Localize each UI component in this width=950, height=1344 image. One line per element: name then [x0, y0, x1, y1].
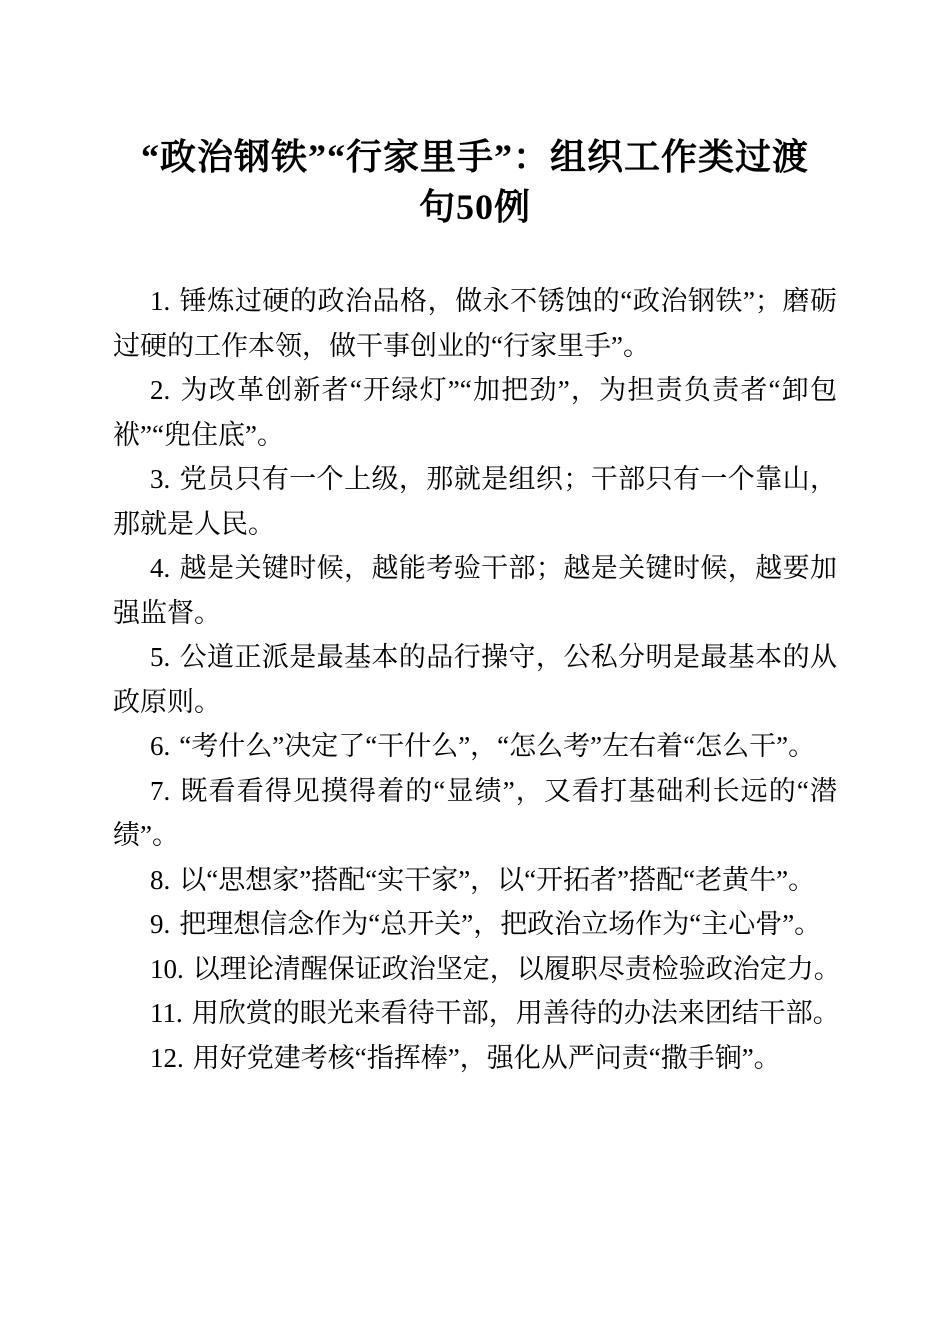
- list-item: 5.公道正派是最基本的品行操守，公私分明是最基本的从政原则。: [113, 635, 837, 724]
- list-item: 10.以理论清醒保证政治坚定，以履职尽责检验政治定力。: [113, 947, 837, 992]
- item-text: 把理想信念作为“总开关”，把政治立场作为“主心骨”。: [179, 909, 821, 939]
- document-page: “政治钢铁”“行家里手”：组织工作类过渡 句50例 1.锤炼过硬的政治品格，做永…: [0, 0, 950, 1344]
- list-item: 12.用好党建考核“指挥棒”，强化从严问责“撒手锏”。: [113, 1036, 837, 1081]
- list-item: 2.为改革创新者“开绿灯”“加把劲”，为担责负责者“卸包袱”“兜住底”。: [113, 368, 837, 457]
- item-number: 5.: [150, 642, 170, 672]
- item-number: 10.: [150, 954, 184, 984]
- item-text: 既看看得见摸得着的“显绩”，又看打基础利长远的“潜绩”。: [113, 776, 837, 851]
- item-number: 7.: [150, 776, 170, 806]
- list-item: 11.用欣赏的眼光来看待干部，用善待的办法来团结干部。: [113, 991, 837, 1036]
- document-body: 1.锤炼过硬的政治品格，做永不锈蚀的“政治钢铁”；磨砺过硬的工作本领，做干事创业…: [113, 279, 837, 1080]
- list-item: 9.把理想信念作为“总开关”，把政治立场作为“主心骨”。: [113, 902, 837, 947]
- page-title: “政治钢铁”“行家里手”：组织工作类过渡 句50例: [0, 0, 950, 232]
- item-number: 6.: [150, 731, 170, 761]
- item-text: “考什么”决定了“干什么”，“怎么考”左右着“怎么干”。: [179, 731, 815, 761]
- list-item: 8.以“思想家”搭配“实干家”，以“开拓者”搭配“老黄牛”。: [113, 858, 837, 903]
- list-item: 3.党员只有一个上级，那就是组织；干部只有一个靠山，那就是人民。: [113, 457, 837, 546]
- item-text: 以“思想家”搭配“实干家”，以“开拓者”搭配“老黄牛”。: [179, 865, 815, 895]
- item-text: 越是关键时候，越能考验干部；越是关键时候，越要加强监督。: [113, 553, 837, 628]
- item-number: 12.: [150, 1043, 184, 1073]
- item-text: 锤炼过硬的政治品格，做永不锈蚀的“政治钢铁”；磨砺过硬的工作本领，做干事创业的“…: [113, 286, 837, 361]
- item-number: 4.: [150, 553, 170, 583]
- item-text: 公道正派是最基本的品行操守，公私分明是最基本的从政原则。: [113, 642, 837, 717]
- item-number: 3.: [150, 464, 170, 494]
- item-number: 11.: [150, 998, 183, 1028]
- item-text: 党员只有一个上级，那就是组织；干部只有一个靠山，那就是人民。: [113, 464, 837, 539]
- page-title-line-2: 句50例: [0, 182, 950, 232]
- item-text: 用欣赏的眼光来看待干部，用善待的办法来团结干部。: [192, 998, 840, 1028]
- list-item: 6.“考什么”决定了“干什么”，“怎么考”左右着“怎么干”。: [113, 724, 837, 769]
- list-item: 1.锤炼过硬的政治品格，做永不锈蚀的“政治钢铁”；磨砺过硬的工作本领，做干事创业…: [113, 279, 837, 368]
- item-text: 为改革创新者“开绿灯”“加把劲”，为担责负责者“卸包袱”“兜住底”。: [113, 375, 837, 450]
- page-title-line-1: “政治钢铁”“行家里手”：组织工作类过渡: [0, 132, 950, 182]
- item-number: 8.: [150, 865, 170, 895]
- item-number: 2.: [150, 375, 170, 405]
- item-text: 以理论清醒保证政治坚定，以履职尽责检验政治定力。: [193, 954, 841, 984]
- item-number: 1.: [150, 286, 170, 316]
- list-item: 4.越是关键时候，越能考验干部；越是关键时候，越要加强监督。: [113, 546, 837, 635]
- item-text: 用好党建考核“指挥棒”，强化从严问责“撒手锏”。: [193, 1043, 781, 1073]
- item-number: 9.: [150, 909, 170, 939]
- list-item: 7.既看看得见摸得着的“显绩”，又看打基础利长远的“潜绩”。: [113, 769, 837, 858]
